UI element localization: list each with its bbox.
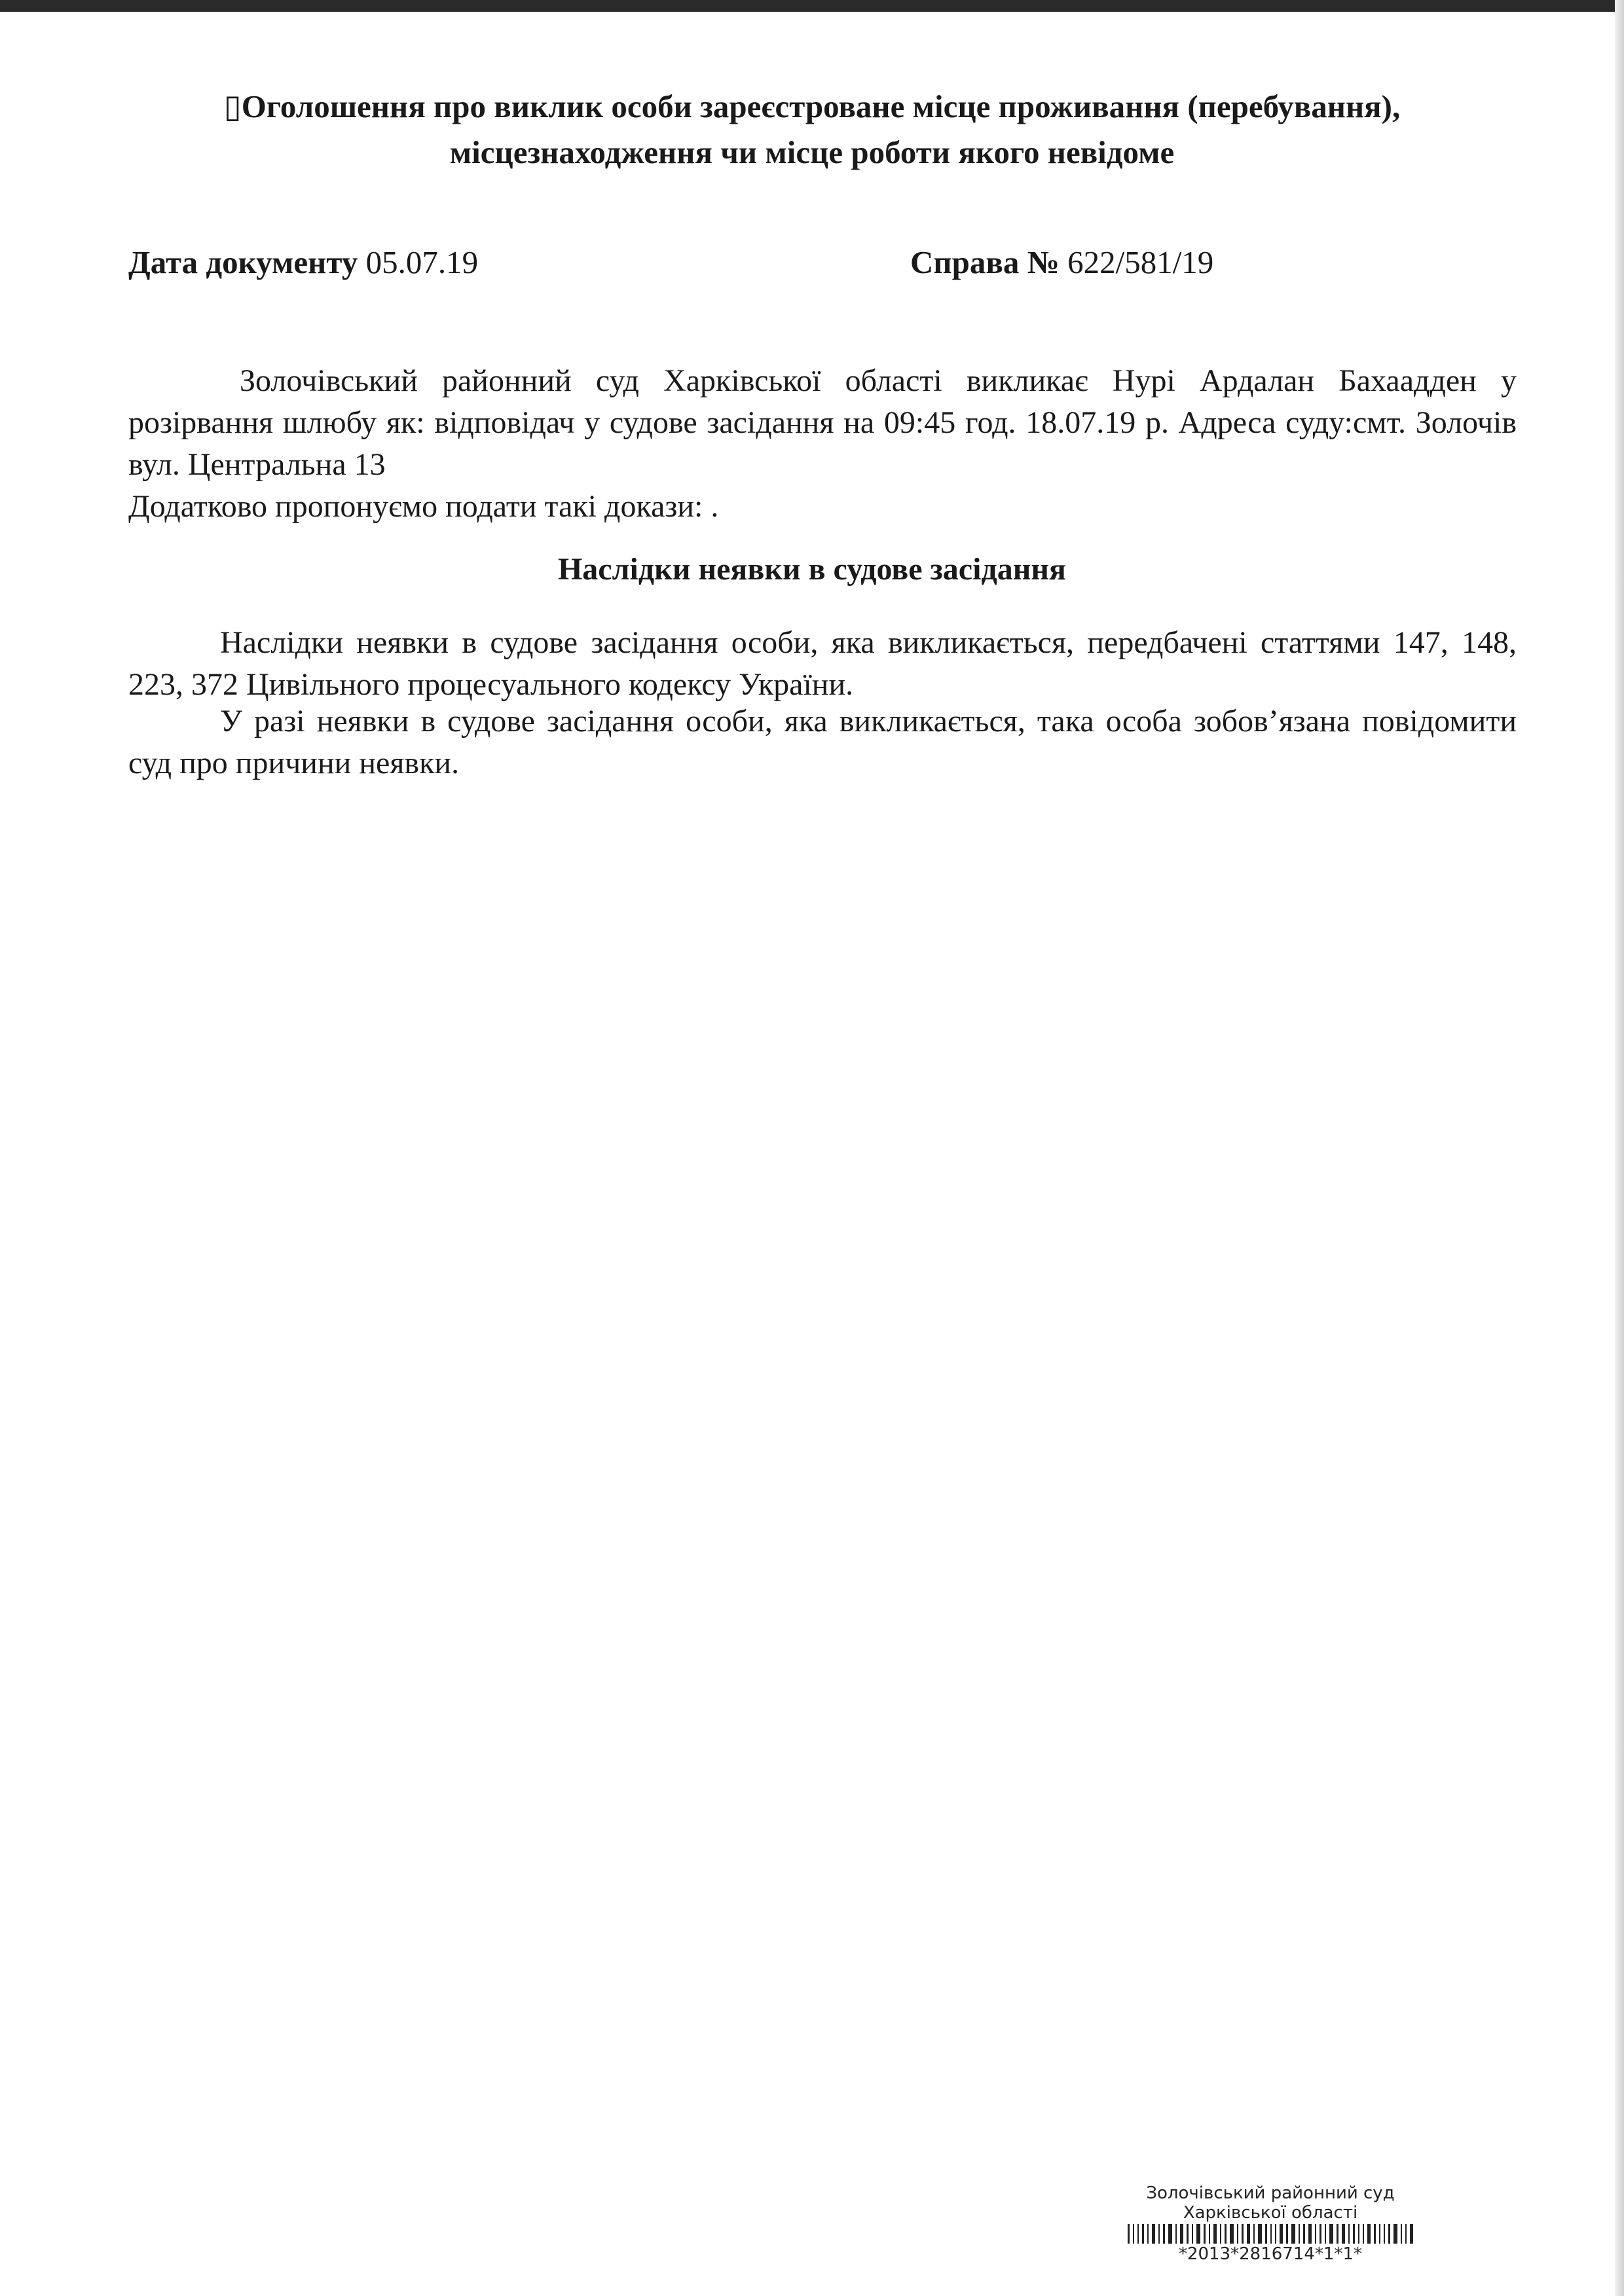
notification-paragraph: У разі неявки в судове засідання особи, … xyxy=(128,701,1517,784)
consequences-paragraph: Наслідки неявки в судове засідання особи… xyxy=(128,622,1517,706)
scan-edge-right xyxy=(1615,0,1624,2296)
date-label: Дата документу xyxy=(128,244,358,280)
document-date: Дата документу 05.07.19 xyxy=(128,244,478,281)
case-value: 622/581/19 xyxy=(1067,244,1213,280)
date-value: 05.07.19 xyxy=(366,244,479,280)
barcode-icon xyxy=(1022,2224,1519,2244)
summons-paragraph: Золочівський районний суд Харківської об… xyxy=(128,360,1517,486)
court-stamp: Золочівський районний суд Харківської об… xyxy=(1022,2183,1519,2263)
title-line-2: місцезнаходження чи місце роботи якого н… xyxy=(157,130,1467,175)
case-number: Справа № 622/581/19 xyxy=(910,244,1213,281)
evidence-paragraph: Додатково пропонуємо подати такі докази:… xyxy=(128,486,1517,528)
stamp-line-1: Золочівський районний суд xyxy=(1022,2183,1519,2203)
barcode-text: *2013*2816714*1*1* xyxy=(1022,2245,1519,2263)
consequences-heading: Наслідки неявки в судове засідання xyxy=(157,551,1467,587)
document-title: ▯Оголошення про виклик особи зареєстрова… xyxy=(157,84,1467,175)
scan-edge-top xyxy=(0,0,1624,12)
stamp-line-2: Харківської області xyxy=(1022,2203,1519,2223)
case-label: Справа № xyxy=(910,244,1060,280)
title-line-1: ▯Оголошення про виклик особи зареєстрова… xyxy=(157,84,1467,130)
